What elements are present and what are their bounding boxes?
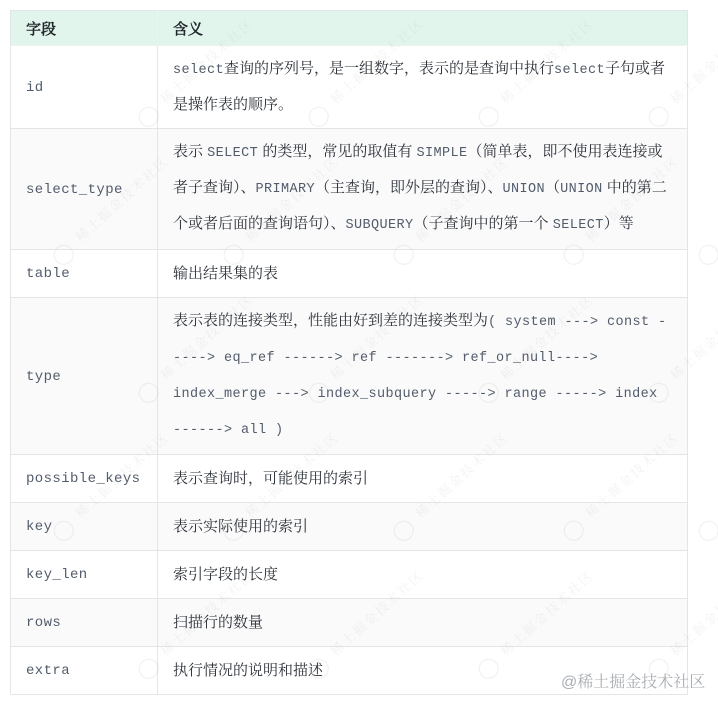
field-name-cell: extra	[11, 647, 158, 695]
table-row: type表示表的连接类型，性能由好到差的连接类型为( system ---> c…	[11, 298, 688, 455]
field-meaning-cell: 表示查询时，可能使用的索引	[158, 455, 688, 503]
plain-text: 执行情况的说明和描述	[173, 662, 323, 679]
plain-text: 表示查询时，可能使用的索引	[173, 470, 368, 487]
code-text: SELECT	[207, 146, 258, 161]
field-name: key	[26, 519, 52, 535]
field-name-cell: possible_keys	[11, 455, 158, 503]
field-name-cell: rows	[11, 599, 158, 647]
field-name: select_type	[26, 182, 123, 198]
background-watermark: 稀土掘金技术社区	[691, 426, 718, 546]
plain-text: 扫描行的数量	[173, 614, 263, 631]
code-text: PRIMARY	[256, 182, 316, 197]
field-name-cell: key	[11, 503, 158, 551]
table-header-row: 字段 含义	[11, 11, 688, 46]
field-meaning-cell: 表示表的连接类型，性能由好到差的连接类型为( system ---> const…	[158, 298, 688, 455]
field-meaning-cell: 扫描行的数量	[158, 599, 688, 647]
field-meaning-cell: 索引字段的长度	[158, 551, 688, 599]
table-row: idselect查询的序列号，是一组数字，表示的是查询中执行select子句或者…	[11, 46, 688, 129]
plain-text: （主查询，即外层的查询）、	[315, 179, 503, 196]
field-name-cell: id	[11, 46, 158, 129]
plain-text: （	[545, 179, 560, 196]
field-name: key_len	[26, 567, 88, 583]
table-row: possible_keys表示查询时，可能使用的索引	[11, 455, 688, 503]
table-row: key表示实际使用的索引	[11, 503, 688, 551]
field-name: extra	[26, 663, 70, 679]
field-name: rows	[26, 615, 61, 631]
table-row: key_len索引字段的长度	[11, 551, 688, 599]
code-text: UNION	[560, 182, 603, 197]
plain-text: （子查询中的第一个	[414, 215, 553, 232]
plain-text: ）等	[604, 215, 634, 232]
plain-text: 的类型，常见的取值有	[258, 143, 416, 160]
column-header-field: 字段	[11, 11, 158, 46]
explain-fields-table: 字段 含义 idselect查询的序列号，是一组数字，表示的是查询中执行sele…	[10, 10, 688, 695]
plain-text: 索引字段的长度	[173, 566, 278, 583]
code-text: select	[554, 63, 605, 78]
plain-text: 表示	[173, 143, 207, 160]
field-name: type	[26, 369, 61, 385]
background-watermark: 稀土掘金技术社区	[691, 150, 718, 270]
field-name-cell: type	[11, 298, 158, 455]
field-name: possible_keys	[26, 471, 140, 487]
field-name-cell: table	[11, 250, 158, 298]
plain-text: 查询的序列号，是一组数字，表示的是查询中执行	[224, 60, 554, 77]
code-text: UNION	[503, 182, 546, 197]
table-row: rows扫描行的数量	[11, 599, 688, 647]
community-credit: @稀土掘金技术社区	[561, 669, 705, 692]
code-text: SIMPLE	[417, 146, 468, 161]
code-text: SELECT	[553, 218, 604, 233]
code-text: select	[173, 63, 224, 78]
field-meaning-cell: 表示 SELECT 的类型，常见的取值有 SIMPLE（简单表，即不使用表连接或…	[158, 129, 688, 250]
plain-text: 表示表的连接类型，性能由好到差的连接类型为	[173, 312, 488, 329]
column-header-meaning: 含义	[158, 11, 688, 46]
code-text: SUBQUERY	[346, 218, 414, 233]
code-text: ( system ---> const -----> eq_ref ------…	[173, 315, 667, 438]
field-meaning-cell: 输出结果集的表	[158, 250, 688, 298]
plain-text: 输出结果集的表	[173, 265, 278, 282]
field-name-cell: select_type	[11, 129, 158, 250]
table-row: table输出结果集的表	[11, 250, 688, 298]
field-meaning-cell: 表示实际使用的索引	[158, 503, 688, 551]
table-row: select_type表示 SELECT 的类型，常见的取值有 SIMPLE（简…	[11, 129, 688, 250]
field-name-cell: key_len	[11, 551, 158, 599]
plain-text: 表示实际使用的索引	[173, 518, 308, 535]
field-meaning-cell: select查询的序列号，是一组数字，表示的是查询中执行select子句或者是操…	[158, 46, 688, 129]
field-name: id	[26, 80, 44, 96]
field-name: table	[26, 266, 70, 282]
